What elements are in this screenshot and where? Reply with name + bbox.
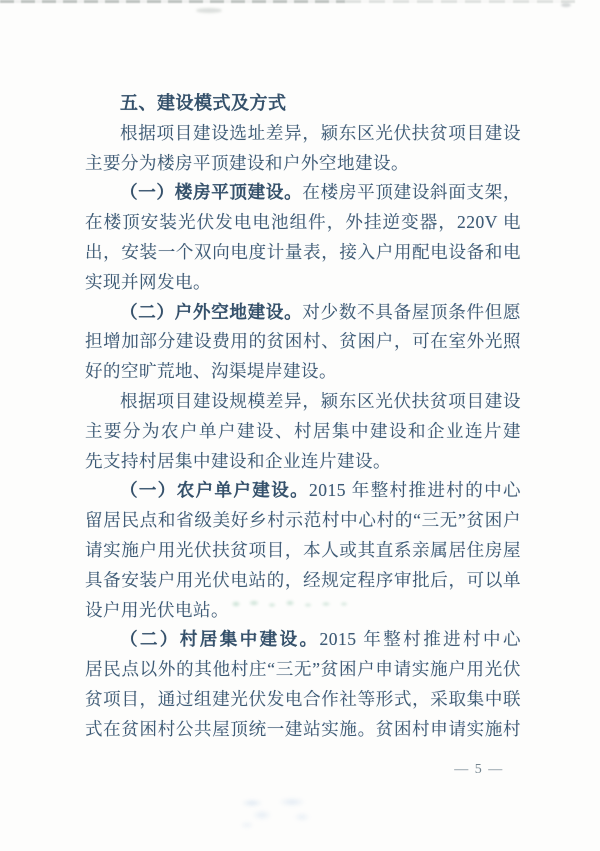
text-line: 具备安装户用光伏电站的，经规定程序审批后，可以单户建 [85,566,521,596]
text-line: 实现并网发电。 [85,268,521,298]
bold-lead-text: 五、建设模式及方式 [120,93,287,113]
text-line: 出，安装一个双向电度计量表，接入户用配电设备和电网， [85,238,521,268]
stamp-bleed-blue [232,797,344,831]
text-line: （二）村居集中建设。2015 年整村推进村中心村、保留 [85,625,521,655]
body-text: 先支持村居集中建设和企业连片建设。 [85,451,391,471]
body-text: 在楼顶安装光伏发电电池组件，外挂逆变器，220V 电压输 [85,212,521,238]
stamp-bleed-green [228,597,356,611]
body-text: 请实施户用光伏扶贫项目，本人或其直系亲属居住房屋屋顶 [85,540,521,566]
text-line: 贫项目，通过组建光伏发电合作社等形式，采取集中联户方 [85,685,521,715]
body-text: 出，安装一个双向电度计量表，接入户用配电设备和电网， [85,242,521,268]
body-text: 根据项目建设选址差异，颍东区光伏扶贫项目建设模式 [120,123,521,149]
bold-lead-text: （一）楼房平顶建设。 [120,182,302,202]
body-text: 好的空旷荒地、沟渠堤岸建设。 [85,361,337,381]
section-heading: 五、建设模式及方式 [85,89,521,119]
text-line: 主要分为楼房平顶建设和户外空地建设。 [85,149,521,179]
text-line: 在楼顶安装光伏发电电池组件，外挂逆变器，220V 电压输 [85,208,521,238]
text-line: 请实施户用光伏扶贫项目，本人或其直系亲属居住房屋屋顶 [85,536,521,566]
scanned-document-page: 五、建设模式及方式根据项目建设选址差异，颍东区光伏扶贫项目建设模式主要分为楼房平… [0,0,600,851]
body-text: 实现并网发电。 [85,272,211,292]
text-line: 根据项目建设规模差异，颍东区光伏扶贫项目建设方式 [85,387,521,417]
scan-edge-artifact [0,0,345,3]
page-number: — 5 — [446,761,512,779]
scan-smudge [196,8,222,13]
body-text: 贫项目，通过组建光伏发电合作社等形式，采取集中联户方 [85,689,521,715]
scan-smudge [561,3,571,7]
document-body: 五、建设模式及方式根据项目建设选址差异，颍东区光伏扶贫项目建设模式主要分为楼房平… [85,89,521,745]
text-line: 先支持村居集中建设和企业连片建设。 [85,447,521,477]
text-line: 留居民点和省级美好乡村示范村中心村的“三无”贫困户申 [85,506,521,536]
text-line: 根据项目建设选址差异，颍东区光伏扶贫项目建设模式 [85,119,521,149]
bold-lead-text: （二）户外空地建设。 [120,302,302,322]
body-text: 具备安装户用光伏电站的，经规定程序审批后，可以单户建 [85,570,521,596]
bold-lead-text: （二）村居集中建设。 [120,629,320,649]
text-line: 主要分为农户单户建设、村居集中建设和企业连片建设，优 [85,417,521,447]
body-text: 设户用光伏电站。 [85,600,229,620]
text-line: 居民点以外的其他村庄“三无”贫困户申请实施户用光伏扶 [85,655,521,685]
text-line: 担增加部分建设费用的贫困村、贫困户，可在室外光照条件 [85,327,521,357]
body-text: 式在贫困村公共屋顶统一建站实施。贫困村申请实施村级光 [85,719,521,745]
body-text: 主要分为农户单户建设、村居集中建设和企业连片建设，优 [85,421,521,447]
text-line: 好的空旷荒地、沟渠堤岸建设。 [85,357,521,387]
body-text: 留居民点和省级美好乡村示范村中心村的“三无”贫困户申 [85,510,521,536]
body-text: 居民点以外的其他村庄“三无”贫困户申请实施户用光伏扶 [85,659,521,685]
text-line: （一）农户单户建设。2015 年整村推进村的中心村、保 [85,476,521,506]
body-text: 主要分为楼房平顶建设和户外空地建设。 [85,153,409,173]
bold-lead-text: （一）农户单户建设。 [120,480,309,500]
body-text: 根据项目建设规模差异，颍东区光伏扶贫项目建设方式 [120,391,521,417]
text-line: 式在贫困村公共屋顶统一建站实施。贫困村申请实施村级光 [85,715,521,745]
body-text: 担增加部分建设费用的贫困村、贫困户，可在室外光照条件 [85,331,521,357]
text-line: （二）户外空地建设。对少数不具备屋顶条件但愿意承 [85,298,521,328]
scan-edge-artifact [345,0,575,3]
text-line: （一）楼房平顶建设。在楼房平顶建设斜面支架，直接 [85,178,521,208]
